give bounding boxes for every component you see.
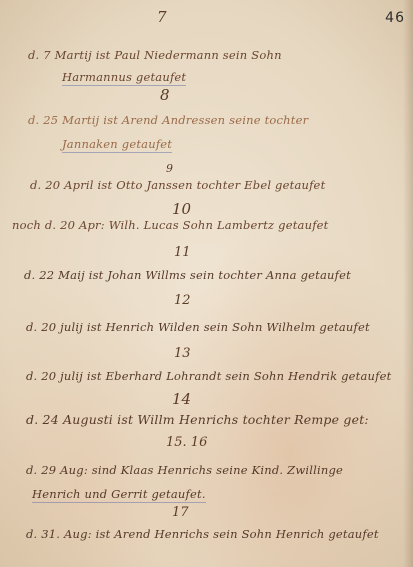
entry-line: d. 31. Aug: ist Arend Henrichs sein Sohn… bbox=[26, 527, 379, 541]
entry-number: 9 bbox=[166, 162, 173, 175]
entry-number: 14 bbox=[172, 390, 191, 408]
folio-number: 46 bbox=[385, 10, 405, 26]
entry-number: 8 bbox=[160, 86, 170, 104]
entry-line: Henrich und Gerrit getaufet. bbox=[32, 487, 206, 501]
entry-line: noch d. 20 Apr: Wilh. Lucas Sohn Lambert… bbox=[12, 218, 328, 232]
entry-line: d. 22 Maij ist Johan Willms sein tochter… bbox=[24, 268, 351, 282]
entry-number: 7 bbox=[157, 8, 167, 26]
entry-line: d. 29 Aug: sind Klaas Henrichs seine Kin… bbox=[26, 463, 343, 477]
entry-line: d. 20 julij ist Henrich Wilden sein Sohn… bbox=[26, 320, 370, 334]
entry-number: 10 bbox=[172, 200, 191, 218]
entry-number: 11 bbox=[174, 245, 191, 260]
register-page: 46 7 d. 7 Martij ist Paul Niedermann sei… bbox=[0, 0, 413, 567]
entry-line: d. 25 Martij ist Arend Andressen seine t… bbox=[28, 113, 308, 127]
entry-text: Henrich und Gerrit getaufet. bbox=[32, 487, 206, 503]
entry-number: 12 bbox=[174, 293, 191, 308]
entry-number: 13 bbox=[174, 346, 191, 361]
entry-line: Harmannus getaufet bbox=[62, 70, 186, 84]
entry-text: Jannaken getaufet bbox=[62, 137, 172, 153]
entry-line: d. 20 April ist Otto Janssen tochter Ebe… bbox=[30, 178, 325, 192]
entry-text: Harmannus getaufet bbox=[62, 70, 186, 86]
entry-line: d. 20 julij ist Eberhard Lohrandt sein S… bbox=[26, 369, 391, 383]
entry-line: d. 24 Augusti ist Willm Henrichs tochter… bbox=[26, 412, 369, 427]
entry-line: d. 7 Martij ist Paul Niedermann sein Soh… bbox=[28, 48, 282, 62]
entry-line: Jannaken getaufet bbox=[62, 137, 172, 151]
entry-number: 17 bbox=[172, 505, 189, 520]
entry-number: 15. 16 bbox=[166, 435, 207, 450]
